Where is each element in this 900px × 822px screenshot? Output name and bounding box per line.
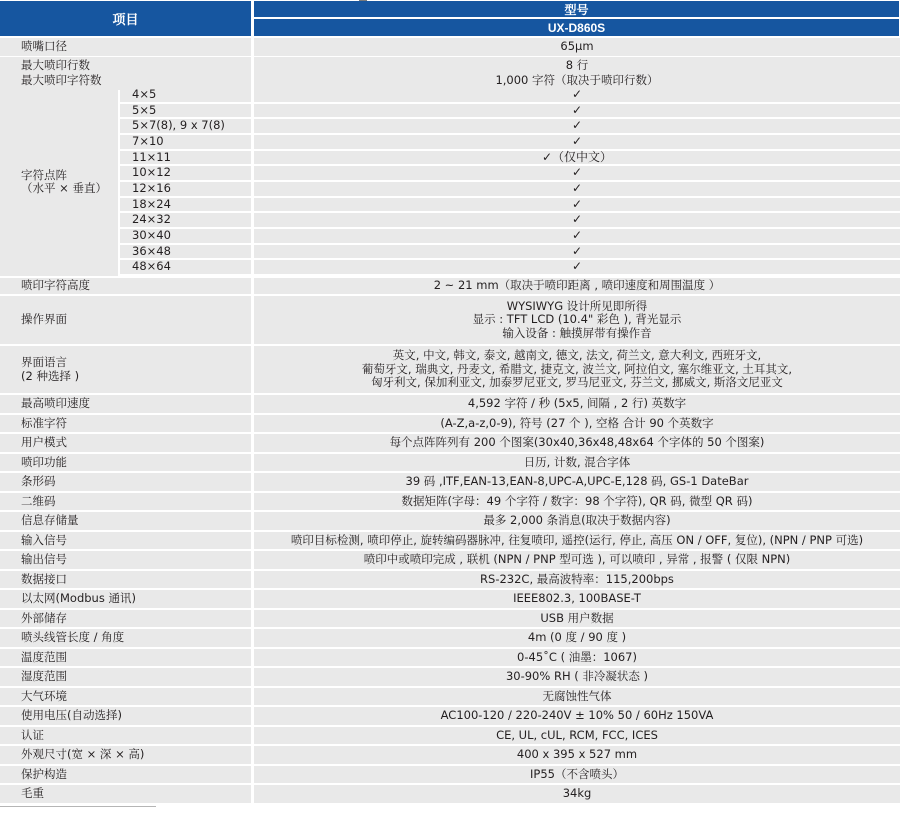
dot-matrix-row: 11×11✓（仅中文） — [0, 151, 900, 165]
check-icon: ✓ — [572, 119, 582, 133]
table-row: 用户模式每个点阵阵列有 200 个图案(30x40,36x48,48x64 个字… — [0, 434, 900, 452]
row-label: 以太网(Modbus 通讯) — [0, 590, 251, 608]
check-icon: ✓ — [572, 166, 582, 180]
dot-matrix-row: 4×5✓ — [0, 88, 900, 102]
check-icon: ✓ — [572, 213, 582, 227]
dot-matrix-size: 48×64 — [120, 260, 251, 274]
dot-matrix-support: ✓ — [254, 88, 900, 102]
check-icon: ✓ — [572, 182, 582, 196]
row-value: 英文, 中文, 韩文, 泰文, 越南文, 德文, 法文, 荷兰文, 意大利文, … — [254, 346, 900, 393]
row-value: 4m (0 度 / 90 度 ) — [254, 629, 900, 647]
dot-matrix-size: 24×32 — [120, 213, 251, 227]
row-label: 标准字符 — [0, 415, 251, 433]
check-icon: ✓ — [572, 104, 582, 118]
row-value: 400 x 395 x 527 mm — [254, 746, 900, 764]
dot-matrix-row: 24×32✓ — [0, 213, 900, 227]
row-value: (A-Z,a-z,0-9), 符号 (27 个 ), 空格 合计 90 个英数字 — [254, 415, 900, 433]
table-row: 毛重34kg — [0, 785, 900, 803]
row-value: 无腐蚀性气体 — [254, 688, 900, 706]
row-label: 输出信号 — [0, 551, 251, 569]
table-row: 喷嘴口径 65μm — [0, 38, 900, 56]
table-row: 保护构造IP55（不含喷头） — [0, 766, 900, 784]
row-label: 最大喷印字符数 — [0, 72, 251, 90]
dot-matrix-row: 36×48✓ — [0, 245, 900, 259]
dot-matrix-size: 11×11 — [120, 151, 251, 165]
table-row: 喷印字符高度 2 ~ 21 mm（取决于喷印距离 , 喷印速度和周围温度 ） — [0, 278, 900, 294]
row-label: 温度范围 — [0, 649, 251, 667]
dot-matrix-support: ✓ — [254, 104, 900, 118]
row-value: IEEE802.3, 100BASE-T — [254, 590, 900, 608]
dot-matrix-size: 7×10 — [120, 135, 251, 149]
table-row: 操作界面 WYSIWYG 设计所见即所得 显示 : TFT LCD (10.4"… — [0, 296, 900, 344]
row-value: 30-90% RH ( 非冷凝状态 ) — [254, 668, 900, 686]
dot-matrix-size: 5×7(8), 9 x 7(8) — [120, 119, 251, 133]
check-icon: ✓ — [572, 229, 582, 243]
row-label: 信息存储量 — [0, 512, 251, 530]
table-row: 以太网(Modbus 通讯)IEEE802.3, 100BASE-T — [0, 590, 900, 608]
row-value: 4,592 字符 / 秒 (5x5, 间隔 , 2 行) 英数字 — [254, 395, 900, 413]
dot-matrix-support: ✓ — [254, 166, 900, 180]
row-value: 34kg — [254, 785, 900, 803]
table-row: 数据接口RS-232C, 最高波特率：115,200bps — [0, 571, 900, 589]
row-label: 喷头线管长度 / 角度 — [0, 629, 251, 647]
row-value: RS-232C, 最高波特率：115,200bps — [254, 571, 900, 589]
row-label: 界面语言 (2 种选择 ) — [0, 346, 251, 393]
row-value: AC100-120 / 220-240V ± 10% 50 / 60Hz 150… — [254, 707, 900, 725]
check-icon: ✓（仅中文） — [542, 151, 612, 165]
dot-matrix-row: 18×24✓ — [0, 198, 900, 212]
table-row: 喷印功能日历, 计数, 混合字体 — [0, 454, 900, 472]
row-value: 数据矩阵(字母：49 个字符 / 数字：98 个字符), QR 码, 微型 QR… — [254, 493, 900, 511]
dot-matrix-row: 5×7(8), 9 x 7(8)✓ — [0, 119, 900, 133]
row-value: 0-45˚C ( 油墨：1067) — [254, 649, 900, 667]
table-row: 输入信号喷印目标检测, 喷印停止, 旋转编码器脉冲, 往复喷印, 遥控(运行, … — [0, 532, 900, 550]
row-label: 使用电压(自动选择) — [0, 707, 251, 725]
row-value: 最多 2,000 条消息(取决于数据内容) — [254, 512, 900, 530]
dot-matrix-support: ✓ — [254, 245, 900, 259]
row-label: 输入信号 — [0, 532, 251, 550]
row-value: CE, UL, cUL, RCM, FCC, ICES — [254, 727, 900, 745]
dot-matrix-row: 5×5✓ — [0, 104, 900, 118]
table-row: 外部储存USB 用户数据 — [0, 610, 900, 628]
row-value: 2 ~ 21 mm（取决于喷印距离 , 喷印速度和周围温度 ） — [254, 278, 900, 294]
dot-matrix-support: ✓ — [254, 119, 900, 133]
row-value: 喷印目标检测, 喷印停止, 旋转编码器脉冲, 往复喷印, 遥控(运行, 停止, … — [254, 532, 900, 550]
dot-matrix-support: ✓（仅中文） — [254, 151, 900, 165]
row-value: 喷印中或喷印完成 , 联机 (NPN / PNP 型可选 ), 可以喷印 , 异… — [254, 551, 900, 569]
row-value: 每个点阵阵列有 200 个图案(30x40,36x48,48x64 个字体的 5… — [254, 434, 900, 452]
row-label: 外部储存 — [0, 610, 251, 628]
footer-divider — [0, 806, 156, 807]
row-label: 二维码 — [0, 493, 251, 511]
row-value: IP55（不含喷头） — [254, 766, 900, 784]
check-icon: ✓ — [572, 198, 582, 212]
dot-matrix-size: 4×5 — [120, 88, 251, 102]
dot-matrix-size: 18×24 — [120, 198, 251, 212]
dot-matrix-support: ✓ — [254, 182, 900, 196]
row-label: 大气环境 — [0, 688, 251, 706]
table-row: 界面语言 (2 种选择 ) 英文, 中文, 韩文, 泰文, 越南文, 德文, 法… — [0, 346, 900, 393]
dot-matrix-row: 10×12✓ — [0, 166, 900, 180]
check-icon: ✓ — [572, 245, 582, 259]
dot-matrix-size: 36×48 — [120, 245, 251, 259]
row-label: 喷嘴口径 — [0, 38, 251, 56]
table-row: 喷头线管长度 / 角度4m (0 度 / 90 度 ) — [0, 629, 900, 647]
header-model-label: 型号 — [254, 1, 899, 17]
row-value: USB 用户数据 — [254, 610, 900, 628]
dot-matrix-size: 30×40 — [120, 229, 251, 243]
row-label: 最高喷印速度 — [0, 395, 251, 413]
table-row: 标准字符(A-Z,a-z,0-9), 符号 (27 个 ), 空格 合计 90 … — [0, 415, 900, 433]
row-label: 认证 — [0, 727, 251, 745]
row-label: 喷印字符高度 — [0, 278, 251, 294]
row-value: 日历, 计数, 混合字体 — [254, 454, 900, 472]
row-label: 湿度范围 — [0, 668, 251, 686]
table-row: 温度范围0-45˚C ( 油墨：1067) — [0, 649, 900, 667]
row-label: 操作界面 — [0, 296, 251, 344]
table-row: 信息存储量最多 2,000 条消息(取决于数据内容) — [0, 512, 900, 530]
header-item: 项目 — [0, 1, 251, 36]
table-row: 使用电压(自动选择)AC100-120 / 220-240V ± 10% 50 … — [0, 707, 900, 725]
table-row: 大气环境无腐蚀性气体 — [0, 688, 900, 706]
table-row: 最高喷印速度4,592 字符 / 秒 (5x5, 间隔 , 2 行) 英数字 — [0, 395, 900, 413]
table-row: 条形码39 码 ,ITF,EAN-13,EAN-8,UPC-A,UPC-E,12… — [0, 473, 900, 491]
table-row: 湿度范围30-90% RH ( 非冷凝状态 ) — [0, 668, 900, 686]
dot-matrix-support: ✓ — [254, 135, 900, 149]
dot-matrix-row: 7×10✓ — [0, 135, 900, 149]
header-model-name: UX-D860S — [254, 19, 899, 36]
row-label: 条形码 — [0, 473, 251, 491]
row-value: WYSIWYG 设计所见即所得 显示 : TFT LCD (10.4" 彩色 )… — [254, 296, 900, 344]
dot-matrix-support: ✓ — [254, 260, 900, 274]
row-label: 用户模式 — [0, 434, 251, 452]
dot-matrix-size: 10×12 — [120, 166, 251, 180]
check-icon: ✓ — [572, 88, 582, 102]
check-icon: ✓ — [572, 135, 582, 149]
table-row: 二维码数据矩阵(字母：49 个字符 / 数字：98 个字符), QR 码, 微型… — [0, 493, 900, 511]
row-label: 数据接口 — [0, 571, 251, 589]
row-label: 毛重 — [0, 785, 251, 803]
row-label: 外观尺寸(宽 × 深 × 高) — [0, 746, 251, 764]
check-icon: ✓ — [572, 260, 582, 274]
dot-matrix-support: ✓ — [254, 229, 900, 243]
row-value: 39 码 ,ITF,EAN-13,EAN-8,UPC-A,UPC-E,128 码… — [254, 473, 900, 491]
dot-matrix-support: ✓ — [254, 213, 900, 227]
dot-matrix-size: 12×16 — [120, 182, 251, 196]
dot-matrix-row: 30×40✓ — [0, 229, 900, 243]
dot-matrix-row: 48×64✓ — [0, 260, 900, 274]
row-label: 保护构造 — [0, 766, 251, 784]
row-label: 喷印功能 — [0, 454, 251, 472]
dot-matrix-size: 5×5 — [120, 104, 251, 118]
dot-matrix-row: 12×16✓ — [0, 182, 900, 196]
row-value: 65μm — [254, 38, 900, 56]
table-row: 输出信号喷印中或喷印完成 , 联机 (NPN / PNP 型可选 ), 可以喷印… — [0, 551, 900, 569]
table-row: 认证CE, UL, cUL, RCM, FCC, ICES — [0, 727, 900, 745]
dot-matrix-support: ✓ — [254, 198, 900, 212]
table-row: 外观尺寸(宽 × 深 × 高)400 x 395 x 527 mm — [0, 746, 900, 764]
